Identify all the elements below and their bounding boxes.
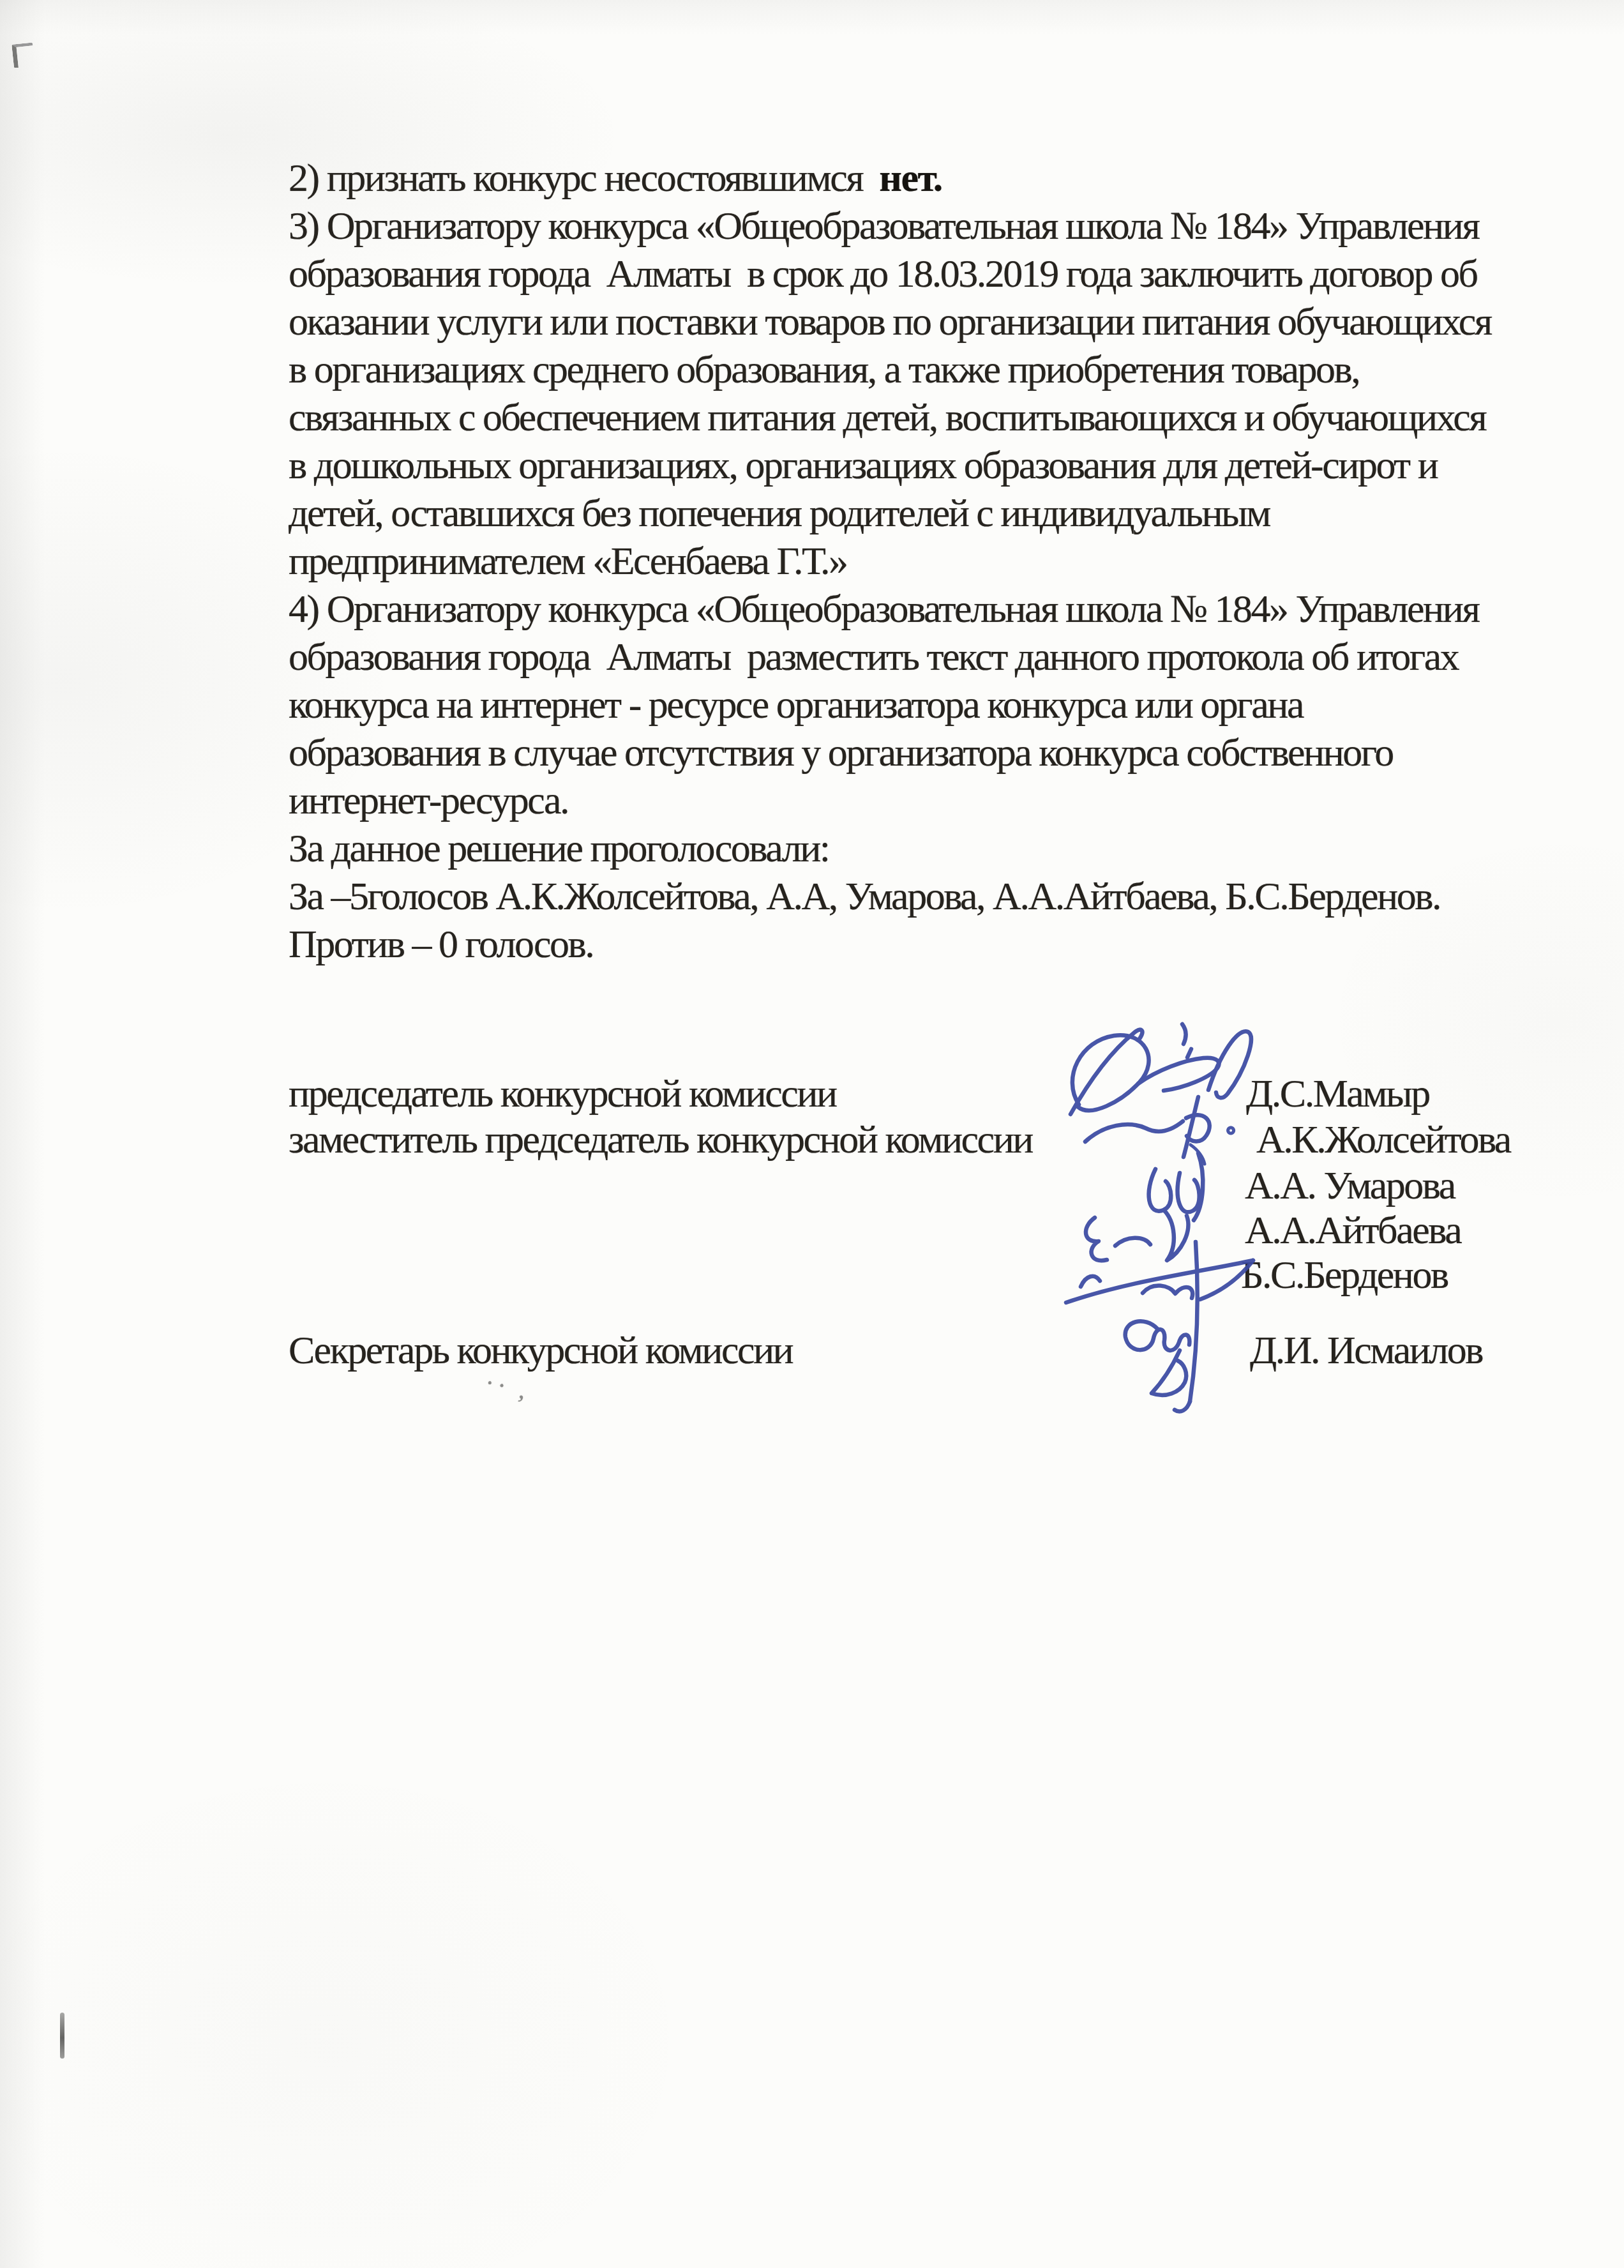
signature-umarova [1149, 1153, 1203, 1220]
body-line: образования в случае отсутствия у органи… [289, 729, 1572, 777]
signoff-label-secretary: Секретарь конкурсной комиссии [289, 1327, 792, 1375]
body-line: 3) Организатору конкурса «Общеобразовате… [289, 202, 1572, 250]
signoff-label-chairman: председатель конкурсной комиссии [289, 1070, 836, 1118]
body-line: связанных с обеспечением питания детей, … [289, 394, 1572, 442]
body-line: 4) Организатору конкурса «Общеобразовате… [289, 586, 1572, 633]
body-line: интернет-ресурса. [289, 777, 1572, 825]
scanned-protocol-page: ·· , 2) признать конкурс несостоявшимся … [0, 0, 1624, 2268]
signature-aytbaeva [1086, 1210, 1188, 1260]
signature-berdenov [1066, 1260, 1253, 1303]
resolution-line-bold: нет. [879, 156, 942, 200]
signoff-name-zholseytova: А.К.Жолсейтова [1256, 1116, 1510, 1164]
scan-corner-artifact [11, 42, 35, 68]
body-line: предпринимателем «Есенбаева Г.Т.» [289, 538, 1572, 586]
body-line: образования города Алматы в срок до 18.0… [289, 250, 1572, 298]
signature-cluster [993, 993, 1286, 1440]
body-line: в дошкольных организациях, организациях … [289, 442, 1572, 490]
vote-against-line: Против – 0 голосов. [289, 921, 1572, 969]
resolution-line: 2) признать конкурс несостоявшимся нет. [289, 155, 1572, 202]
resolution-line-text: 2) признать конкурс несостоявшимся [289, 156, 879, 200]
signature-ismailov [1125, 1242, 1198, 1411]
scan-edge-line-artifact [60, 2013, 64, 2059]
body-line: детей, оставшихся без попечения родителе… [289, 490, 1572, 538]
signature-mamyr [1071, 1024, 1251, 1114]
document-body: 2) признать конкурс несостоявшимся нет. … [289, 155, 1572, 969]
vote-for-line: За –5голосов А.К.Жолсейтова, А.А, Умаров… [289, 873, 1572, 921]
body-line: оказании услуги или поставки товаров по … [289, 298, 1572, 346]
body-line: За данное решение проголосовали: [289, 825, 1572, 873]
signoff-label-deputy-chairman: заместитель председатель конкурсной коми… [289, 1116, 1032, 1164]
body-line: образования города Алматы разместить тек… [289, 633, 1572, 681]
body-line: конкурса на интернет - ресурсе организат… [289, 681, 1572, 729]
body-line: в организациях среднего образования, а т… [289, 346, 1572, 394]
